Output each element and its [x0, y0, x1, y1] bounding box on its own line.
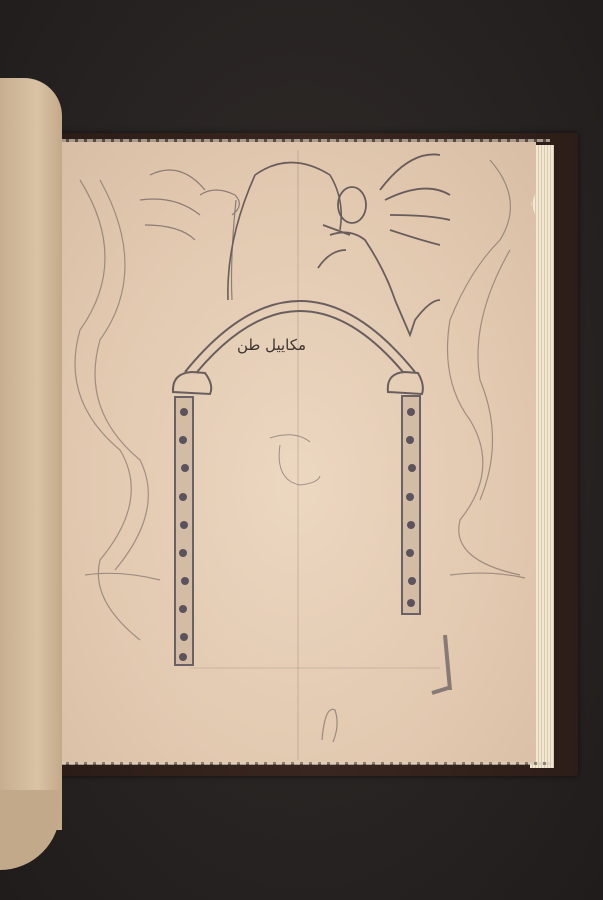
left-creature-sketch: [140, 170, 239, 300]
left-border-ornament: [75, 180, 160, 640]
arabic-inscription: مكاييل طن: [237, 336, 306, 354]
pillar-dots: [179, 408, 416, 661]
facing-page-leaf: [0, 78, 62, 830]
left-capital: [173, 372, 211, 394]
pencil-drawings: [0, 0, 603, 900]
right-border-ornament: [448, 160, 526, 578]
right-capital: [388, 372, 423, 394]
